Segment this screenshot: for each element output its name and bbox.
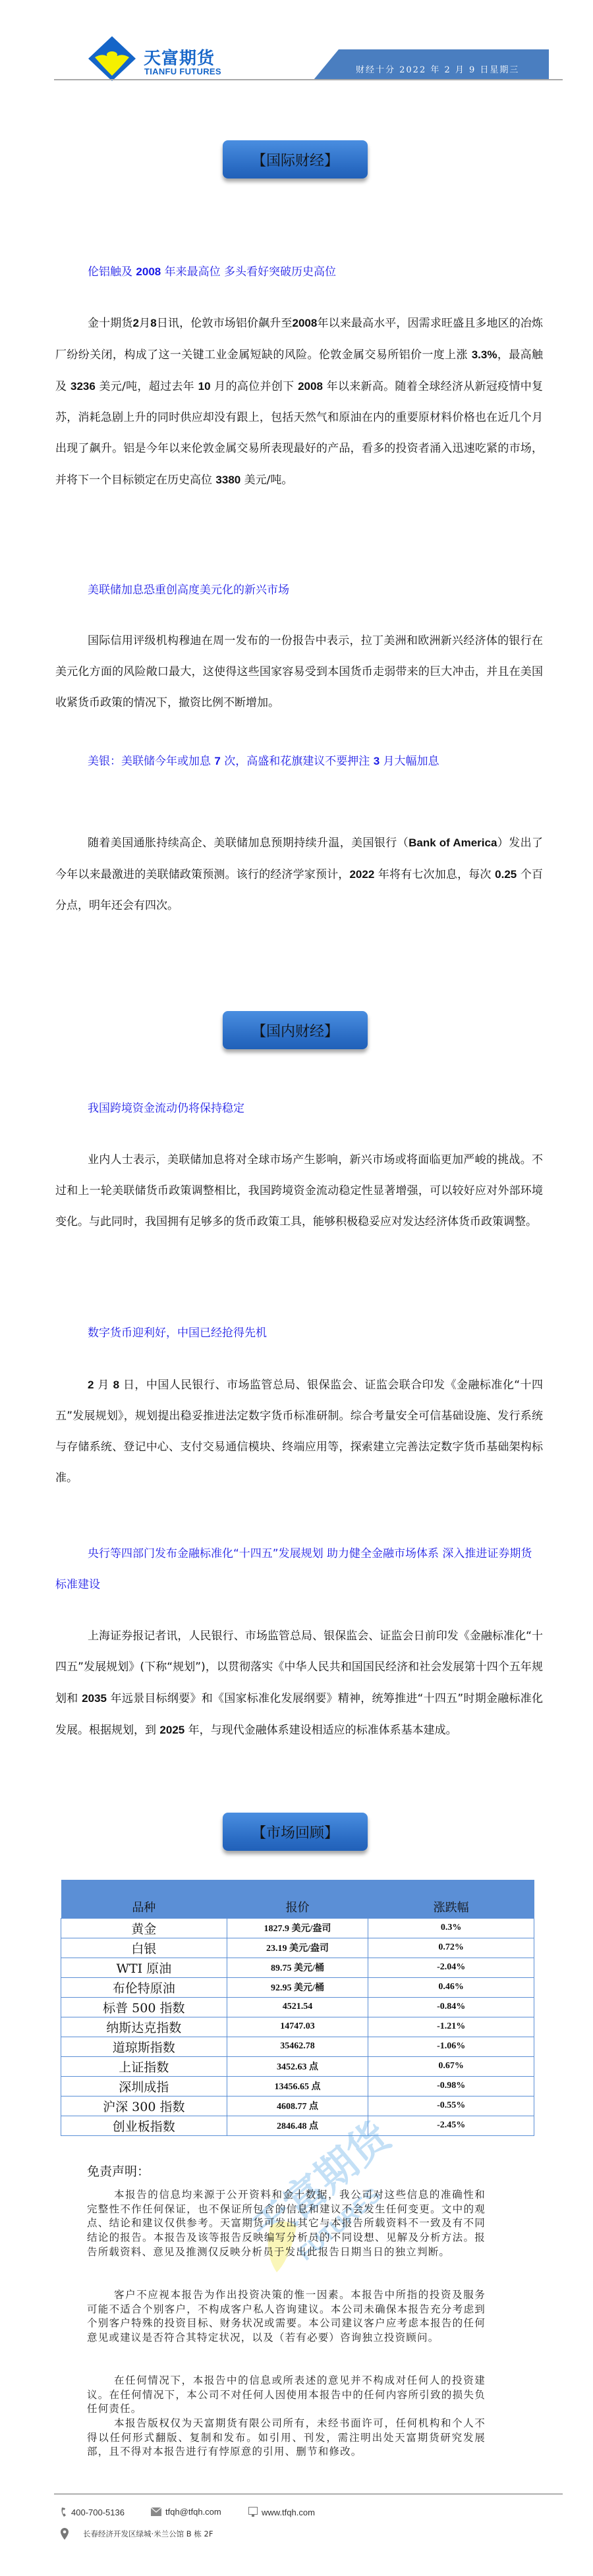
article-4-body: 业内人士表示，美联储加息将对全球市场产生影响，新兴市场或将面临更加严峻的挑战。不… xyxy=(55,1145,543,1238)
article-3-title: 美银：美联储今年或加息 7 次，高盛和花旗建议不要押注 3 月大幅加息 xyxy=(55,746,543,777)
table-row: WTI 原油89.75 美元/桶-2.04% xyxy=(61,1958,534,1977)
table-header-row: 品种 报价 涨跌幅 xyxy=(61,1880,534,1918)
table-row: 上证指数3452.63 点0.67% xyxy=(61,2056,534,2076)
table-row: 纳斯达克指数14747.03-1.21% xyxy=(61,2017,534,2037)
table-row: 道琼斯指数35462.78-1.06% xyxy=(61,2037,534,2056)
footer-divider xyxy=(54,2494,563,2494)
table-row: 沪深 300 指数4608.77 点-0.55% xyxy=(61,2096,534,2116)
article-2-title: 美联储加息恐重创高度美元化的新兴市场 xyxy=(55,575,543,606)
table-row: 黄金1827.9 美元/盎司0.3% xyxy=(61,1918,534,1938)
column-header-instrument: 品种 xyxy=(61,1880,227,1918)
table-row: 标普 500 指数4521.54-0.84% xyxy=(61,1997,534,2017)
header-divider xyxy=(54,79,563,80)
monitor-icon xyxy=(248,2507,258,2517)
tianfu-logo-icon xyxy=(88,36,136,81)
logo-english-name: TIANFU FUTURES xyxy=(144,67,221,76)
contact-phone: 400-700-5136 xyxy=(61,2507,125,2517)
section-title: 【市场回顾】 xyxy=(252,1822,339,1842)
email-address[interactable]: tfqh@tfqh.com xyxy=(165,2507,221,2517)
article-6-title: 央行等四部门发布金融标准化“十四五”发展规划 助力健全金融市场体系 深入推进证券… xyxy=(55,1539,543,1601)
section-domestic-finance: 【国内财经】 xyxy=(223,1011,368,1049)
article-4-title: 我国跨境资金流动仍将保持稳定 xyxy=(55,1093,543,1124)
disclaimer-paragraph: 在任何情况下，本报告中的信息或所表述的意见并不构成对任何人的投资建议。在任何情况… xyxy=(87,2374,486,2417)
section-title: 【国际财经】 xyxy=(252,150,339,170)
section-title: 【国内财经】 xyxy=(252,1020,339,1041)
article-5-title: 数字货币迎利好，中国已经抢得先机 xyxy=(55,1318,543,1349)
contact-website[interactable]: www.tfqh.com xyxy=(248,2507,315,2517)
email-icon xyxy=(151,2507,161,2516)
disclaimer-paragraph: 客户不应视本报告为作出投资决策的惟一因素。本报告中所指的投资及服务可能不适合个别… xyxy=(87,2288,486,2345)
page-header: 天富期货 TIANFU FUTURES 财经十分 2022 年 2 月 9 日星… xyxy=(0,0,593,86)
article-2-body: 国际信用评级机构穆迪在周一发布的一份报告中表示，拉丁美洲和欧洲新兴经济体的银行在… xyxy=(55,626,543,719)
phone-number: 400-700-5136 xyxy=(71,2507,125,2517)
section-international-finance: 【国际财经】 xyxy=(223,140,368,178)
contact-address: 长春经济开发区绿城·米兰公馆 B 栋 2F xyxy=(61,2528,213,2540)
table-row: 白银23.19 美元/盎司0.72% xyxy=(61,1938,534,1958)
table-row: 创业板指数2846.48 点-2.45% xyxy=(61,2116,534,2135)
article-5-body: 2 月 8 日，中国人民银行、市场监管总局、银保监会、证监会联合印发《金融标准化… xyxy=(55,1369,543,1494)
table-row: 深圳成指13456.65 点-0.98% xyxy=(61,2076,534,2096)
article-3-body: 随着美国通胀持续高企、美联储加息预期持续升温，美国银行（Bank of Amer… xyxy=(55,827,543,921)
location-pin-icon xyxy=(61,2528,69,2540)
phone-icon xyxy=(61,2507,67,2517)
column-header-price: 报价 xyxy=(227,1880,368,1918)
article-1-body: 金十期货2月8日讯，伦敦市场铝价飙升至2008年以来最高水平，因需求旺盛且多地区… xyxy=(55,308,543,496)
contact-email[interactable]: tfqh@tfqh.com xyxy=(151,2507,221,2517)
disclaimer-paragraph: 本报告的信息均来源于公开资料和金十数据，我公司对这些信息的准确性和完整性不作任何… xyxy=(87,2188,486,2260)
website-link[interactable]: www.tfqh.com xyxy=(262,2507,315,2517)
column-header-change: 涨跌幅 xyxy=(368,1880,534,1918)
article-1-title: 伦铝触及 2008 年来最高位 多头看好突破历史高位 xyxy=(55,256,543,288)
section-market-review: 【市场回顾】 xyxy=(223,1813,368,1851)
disclaimer-paragraph: 本报告版权仅为天富期货有限公司所有，未经书面许可，任何机构和个人不得以任何形式翻… xyxy=(87,2417,486,2459)
market-review-table: 品种 报价 涨跌幅 黄金1827.9 美元/盎司0.3% 白银23.19 美元/… xyxy=(61,1880,534,2136)
disclaimer-title: 免责声明： xyxy=(87,2162,150,2179)
logo-chinese-name: 天富期货 xyxy=(144,45,215,69)
article-6-body: 上海证券报记者讯，人民银行、市场监管总局、银保监会、证监会日前印发《金融标准化“… xyxy=(55,1621,543,1746)
table-row: 布伦特原油92.95 美元/桶0.46% xyxy=(61,1977,534,1997)
date-banner-text: 财经十分 2022 年 2 月 9 日星期三 xyxy=(356,63,519,75)
address-text: 长春经济开发区绿城·米兰公馆 B 栋 2F xyxy=(83,2529,213,2539)
